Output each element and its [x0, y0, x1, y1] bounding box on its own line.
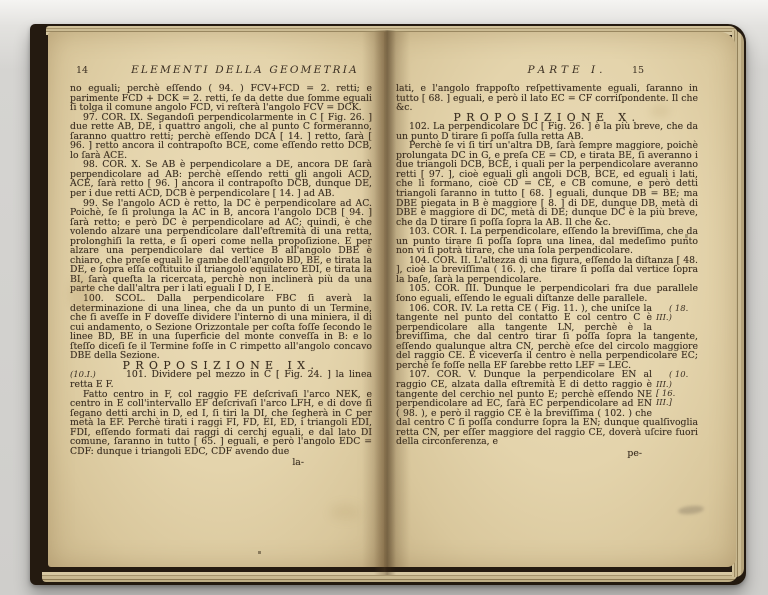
paragraph-103: 103. COR. I. La perpendicolare, eſſendo … [396, 227, 698, 256]
paper-speck [685, 234, 688, 238]
right-page: PARTE I. 15 lati, e l'angolo frappoſto r… [384, 32, 736, 567]
paragraph-100: 100. SCOL. Dalla perpendicolare FBC ſi a… [70, 294, 372, 361]
paragraph-101-proof: Fatto centro in F, col raggio FE deſcriv… [70, 390, 372, 457]
catchword-left: la- [70, 458, 372, 468]
left-page-header: 14 ELEMENTI DELLA GEOMETRIA [48, 64, 384, 76]
paragraph-97: 97. COR. IX. Segandoſi perpendicolarment… [70, 113, 372, 161]
paragraph-102-proof: Perchè ſe vi ſi tiri un'altra DB, ſarà ſ… [396, 141, 698, 227]
catchword-right: pe- [396, 449, 698, 459]
left-page-number: 14 [76, 65, 88, 76]
paragraph-102: 102. La perpendicolare DC [ Fig. 26. ] è… [396, 122, 698, 141]
right-running-title: PARTE I. [528, 64, 607, 76]
paragraph-107-text: 107. COR. V. Dunque la perpendicolare EN… [396, 369, 698, 447]
paragraph-105: 105. COR. III. Dunque le perpendicolari … [396, 284, 698, 303]
right-page-number: 15 [632, 65, 644, 76]
photo-background: 14 ELEMENTI DELLA GEOMETRIA no eguali; p… [0, 0, 768, 595]
paper-speck [258, 551, 261, 554]
margin-note-16-III: [ 16. III.] [656, 388, 675, 407]
left-page-text: no eguali; perchè eſſendo ( 94. ) FCV+FC… [48, 84, 384, 468]
margin-notes-107: ( 10. III.) [ 16. III.] [656, 370, 698, 410]
paragraph-98: 98. COR. X. Se AB è perpendicolare a DE,… [70, 160, 372, 198]
paragraph-96-continuation: no eguali; perchè eſſendo ( 94. ) FCV+FC… [70, 84, 372, 113]
paragraph-101-continuation: lati, e l'angolo frappoſto reſpettivamen… [396, 84, 698, 113]
margin-note-10-III: ( 10. III.) [656, 369, 688, 388]
book-spine-edge [41, 28, 48, 575]
right-page-header: PARTE I. 15 [384, 64, 736, 76]
margin-note-18-III: ( 18. III.) [656, 304, 698, 324]
paragraph-106: ( 18. III.)106. COR. IV. La retta CE ( F… [396, 304, 698, 371]
right-page-text: lati, e l'angolo frappoſto reſpettivamen… [384, 84, 736, 458]
paragraph-101: (10.I.)101. Dividere pel mezzo in C [ Fi… [70, 370, 372, 389]
left-page: 14 ELEMENTI DELLA GEOMETRIA no eguali; p… [48, 32, 384, 567]
paragraph-99: 99. Se l'angolo ACD è retto, la DC è per… [70, 199, 372, 294]
paragraph-106-text: 106. COR. IV. La retta CE ( Fig. 11. ), … [396, 303, 698, 371]
gutter-shadow [374, 30, 396, 575]
paragraph-107: ( 10. III.) [ 16. III.]107. COR. V. Dunq… [396, 370, 698, 446]
left-running-title: ELEMENTI DELLA GEOMETRIA [131, 64, 359, 76]
paragraph-104: 104. COR. II. L'altezza di una figura, e… [396, 256, 698, 285]
book: 14 ELEMENTI DELLA GEOMETRIA no eguali; p… [30, 24, 746, 585]
